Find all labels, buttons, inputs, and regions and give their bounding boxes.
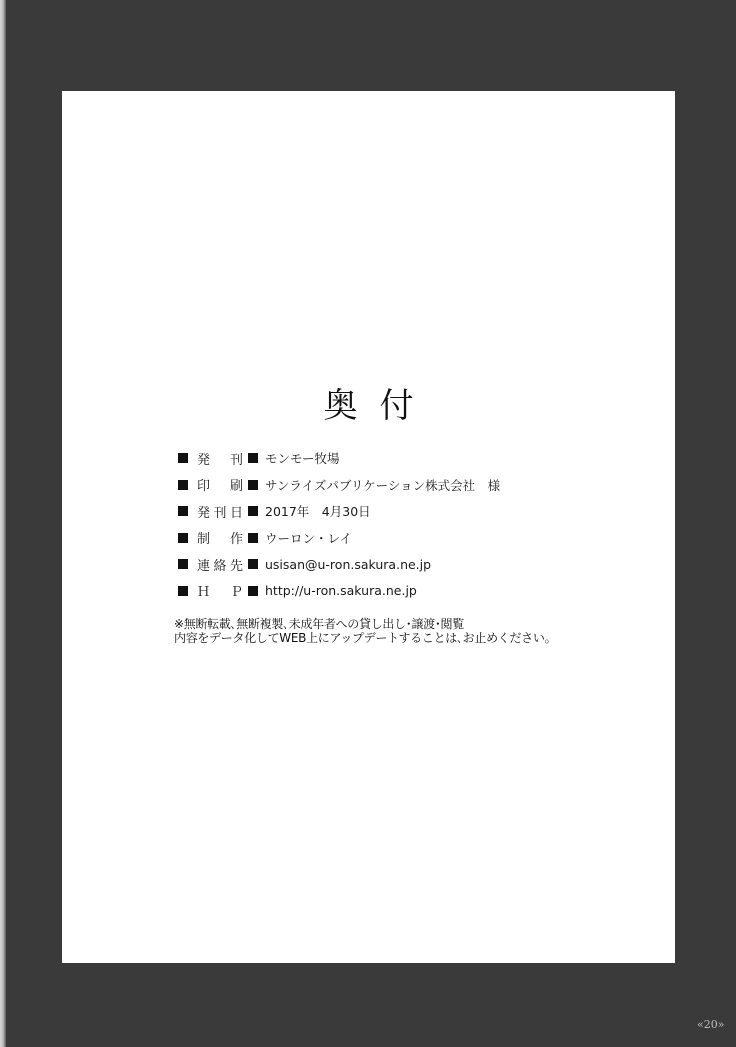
bullet-square-icon <box>248 586 258 596</box>
colophon-label: 連絡先 <box>197 555 243 574</box>
homepage-url: http://u-ron.sakura.ne.jp <box>265 583 417 598</box>
notice-line-1: ※無断転載､無断複製､未成年者への貸し出し･譲渡･閲覧 <box>174 617 556 631</box>
copyright-notice: ※無断転載､無断複製､未成年者への貸し出し･譲渡･閲覧 内容をデータ化してWEB… <box>174 617 556 645</box>
colophon-label: 印 刷 <box>197 475 243 494</box>
colophon-list: 発 刊 モンモー牧場 印 刷 サンライズパブリケーション株式会社 様 発刊日 2… <box>178 445 500 604</box>
bullet-square-icon <box>248 506 258 516</box>
colophon-label: Ｈ Ｐ <box>197 581 243 600</box>
colophon-label: 制 作 <box>197 528 243 547</box>
bullet-square-icon <box>248 533 258 543</box>
colophon-page: 奥付 発 刊 モンモー牧場 印 刷 サンライズパブリケーション株式会社 様 発刊… <box>62 91 675 963</box>
bullet-square-icon <box>178 586 188 596</box>
colophon-label: 発 刊 <box>197 449 243 468</box>
colophon-row-author: 制 作 ウーロン・レイ <box>178 525 500 552</box>
bullet-square-icon <box>248 480 258 490</box>
notice-line-2: 内容をデータ化してWEB上にアップデートすることは､お止めください。 <box>174 631 556 645</box>
bullet-square-icon <box>178 453 188 463</box>
bullet-square-icon <box>178 480 188 490</box>
bullet-square-icon <box>248 453 258 463</box>
contact-email: usisan@u-ron.sakura.ne.jp <box>265 557 431 572</box>
colophon-value: ウーロン・レイ <box>265 529 352 547</box>
colophon-row-contact: 連絡先 usisan@u-ron.sakura.ne.jp <box>178 551 500 578</box>
colophon-value: サンライズパブリケーション株式会社 様 <box>265 476 500 494</box>
colophon-row-homepage: Ｈ Ｐ http://u-ron.sakura.ne.jp <box>178 578 500 605</box>
page-number: «20» <box>697 1018 724 1031</box>
colophon-row-printer: 印 刷 サンライズパブリケーション株式会社 様 <box>178 472 500 499</box>
page-edge-strip <box>0 0 6 1047</box>
bullet-square-icon <box>178 533 188 543</box>
colophon-row-date: 発刊日 2017年 4月30日 <box>178 498 500 525</box>
colophon-row-publisher: 発 刊 モンモー牧場 <box>178 445 500 472</box>
bullet-square-icon <box>248 559 258 569</box>
bullet-square-icon <box>178 559 188 569</box>
page-title: 奥付 <box>62 378 675 427</box>
colophon-value: モンモー牧場 <box>265 449 340 467</box>
colophon-value: 2017年 4月30日 <box>265 502 371 520</box>
colophon-label: 発刊日 <box>197 502 243 521</box>
bullet-square-icon <box>178 506 188 516</box>
